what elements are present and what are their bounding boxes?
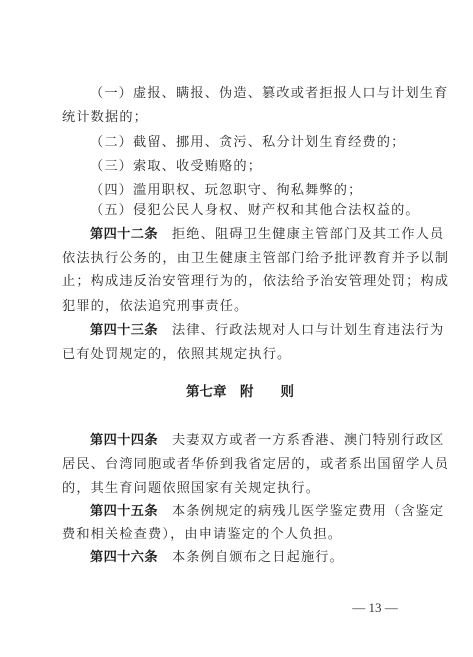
article-46-text: 本条例自颁布之日起施行。 (172, 550, 344, 565)
article-46-line-1: 第四十六条本条例自颁布之日起施行。 (90, 546, 408, 570)
article-46-number: 第四十六条 (90, 550, 158, 565)
article-43-number: 第四十三条 (90, 323, 158, 338)
article-44-number: 第四十四条 (90, 433, 158, 448)
list-item-3: （三）索取、收受贿赂的； (90, 155, 408, 179)
article-45-number: 第四十五条 (90, 504, 158, 519)
article-44-line-1: 第四十四条夫妻双方或者一方系香港、澳门特别行政区 (90, 429, 408, 453)
article-43-text: 法律、行政法规对人口与计划生育违法行为 (172, 323, 444, 338)
article-43-line-2: 已有处罚规定的，依照其规定执行。 (62, 343, 408, 367)
list-item-2: （二）截留、挪用、贪污、私分计划生育经费的； (90, 131, 408, 155)
article-44-text: 夫妻双方或者一方系香港、澳门特别行政区 (172, 433, 444, 448)
article-44-line-3: 的，其生育问题依照国家有关规定执行。 (62, 477, 408, 501)
article-42-line-1: 第四十二条拒绝、阻碍卫生健康主管部门及其工作人员 (90, 223, 408, 247)
article-44-line-2: 居民、台湾同胞或者华侨到我省定居的，或者系出国留学人员 (62, 453, 408, 477)
page-number: — 13 — (350, 598, 400, 618)
article-42-number: 第四十二条 (90, 227, 158, 242)
article-42-text: 拒绝、阻碍卫生健康主管部门及其工作人员 (172, 227, 444, 242)
list-item-1: （一）虚报、瞒报、伪造、篡改或者拒报人口与计划生育 (90, 82, 408, 106)
article-45-line-2: 费和相关检查费），由申请鉴定的个人负担。 (62, 523, 408, 547)
article-42-line-4: 犯罪的，依法追究刑事责任。 (62, 295, 408, 319)
chapter-title: 第七章 附 则 (186, 380, 287, 404)
article-45-line-1: 第四十五条本条例规定的病残儿医学鉴定费用（含鉴定 (90, 500, 408, 524)
article-43-line-1: 第四十三条法律、行政法规对人口与计划生育违法行为 (90, 319, 408, 343)
document-page: （一）虚报、瞒报、伪造、篡改或者拒报人口与计划生育 统计数据的； （二）截留、挪… (0, 0, 473, 657)
article-42-line-2: 依法执行公务的，由卫生健康主管部门给予批评教育并予以制 (62, 247, 408, 271)
article-45-text: 本条例规定的病残儿医学鉴定费用（含鉴定 (172, 504, 444, 519)
article-42-line-3: 止；构成违反治安管理行为的，依法给予治安管理处罚；构成 (62, 270, 408, 294)
list-item-5: （五）侵犯公民人身权、财产权和其他合法权益的。 (90, 199, 408, 223)
list-item-1-continuation: 统计数据的； (62, 106, 408, 130)
